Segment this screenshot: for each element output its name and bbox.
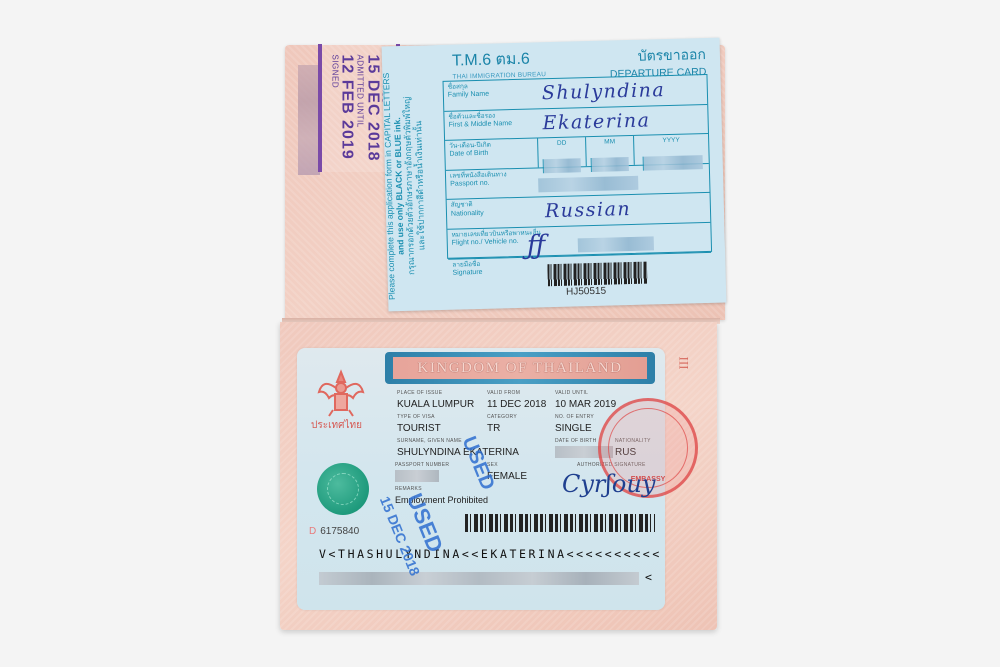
type-of-visa: TYPE OF VISA TOURIST xyxy=(397,414,441,434)
card-signature: ƒƒ xyxy=(526,230,545,260)
entry-stamp-signed: SIGNED xyxy=(330,54,338,161)
visa-barcode xyxy=(465,514,655,532)
card-barcode xyxy=(547,262,648,287)
form-code: T.M.6 ตม.6 xyxy=(452,46,546,73)
card-instructions: Please complete this application form in… xyxy=(384,66,424,307)
departure-card: Please complete this application form in… xyxy=(382,38,727,312)
mrz-line-1: V<THASHULYNDINA<<EKATERINA<<<<<<<<<< xyxy=(319,547,662,561)
nationality-value: Russian xyxy=(545,198,632,222)
redacted-flight-no xyxy=(578,236,654,252)
entry-stamp-date: 15 DEC 2018 xyxy=(363,54,380,161)
garuda-emblem-icon xyxy=(315,368,367,418)
visa-banner: KINGDOM OF THAILAND xyxy=(385,352,655,384)
visa-banner-text: KINGDOM OF THAILAND xyxy=(418,360,623,377)
page-number: III xyxy=(676,357,692,370)
visa-document-number: D6175840 xyxy=(309,526,359,537)
card-serial: HJ50515 xyxy=(566,286,606,298)
entry-stamp-until-label: ADMITTED UNTIL xyxy=(355,54,363,161)
card-form-grid: ชื่อสกุลFamily Name Shulyndina ชื่อตัวแล… xyxy=(443,74,713,259)
mrz-line-2-end: < xyxy=(645,570,652,584)
country-name-thai: ประเทศไทย xyxy=(311,418,362,433)
entry-stamp-until-date: 12 FEB 2019 xyxy=(338,54,355,161)
family-name-value: Shulyndina xyxy=(542,79,666,104)
hologram-seal xyxy=(317,463,369,515)
passport-number: PASSPORT NUMBER xyxy=(395,462,449,487)
number-of-entries: NO. OF ENTRY SINGLE xyxy=(555,414,594,434)
consul-signature: Cyrʃouy xyxy=(562,470,655,498)
first-name-value: Ekaterina xyxy=(542,109,650,134)
redacted-passport-number xyxy=(395,470,439,482)
card-title-thai: บัตรขาออก xyxy=(609,44,706,69)
mrz-line-2-redacted xyxy=(319,572,639,585)
place-of-issue: PLACE OF ISSUE KUALA LUMPUR xyxy=(397,390,474,410)
valid-until: VALID UNTIL 10 MAR 2019 xyxy=(555,390,616,410)
redacted-area xyxy=(298,65,320,175)
redacted-passport-no xyxy=(538,176,638,193)
category: CATEGORY TR xyxy=(487,414,517,434)
valid-from: VALID FROM 11 DEC 2018 xyxy=(487,390,546,410)
